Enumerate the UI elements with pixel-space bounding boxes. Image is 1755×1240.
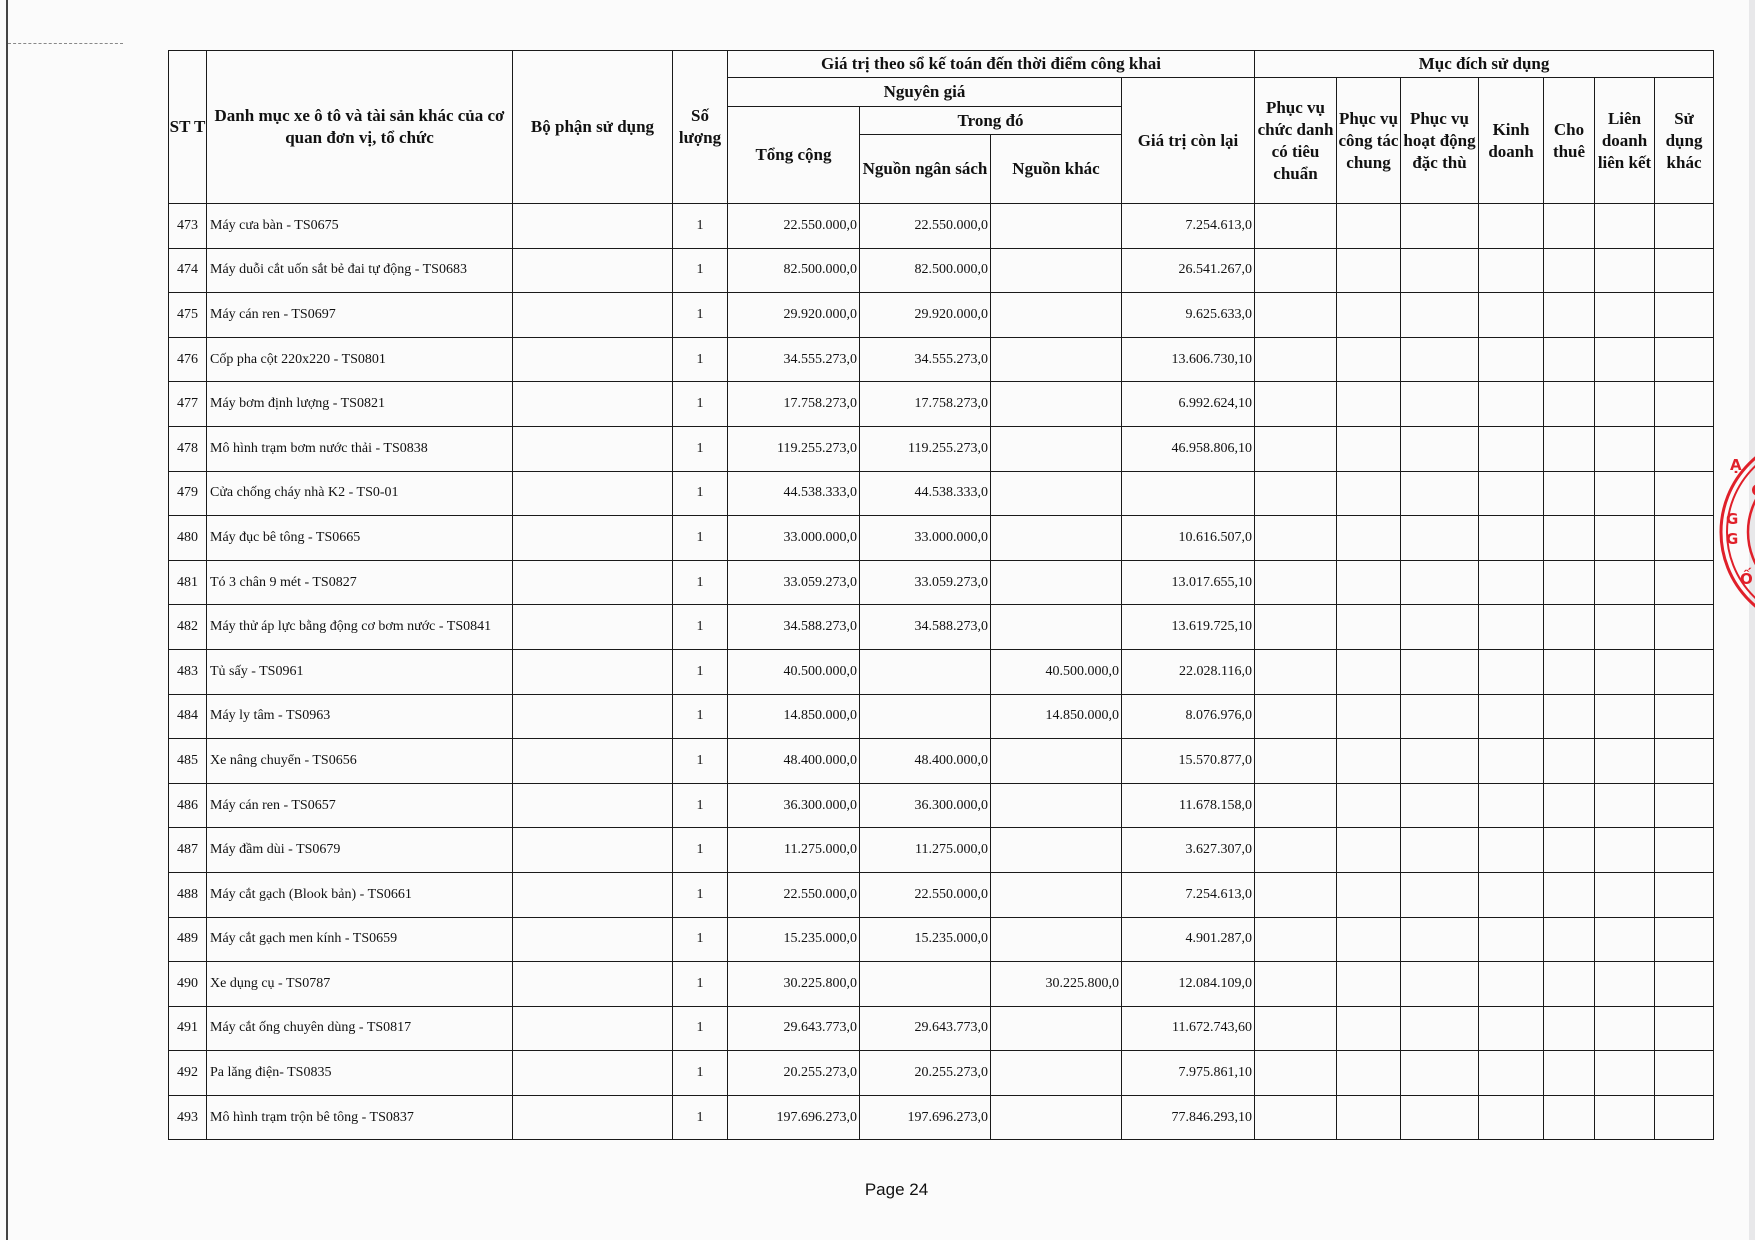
- row-department: [513, 426, 673, 471]
- row-purpose-cell: [1595, 516, 1655, 561]
- row-asset-name: Xe dụng cụ - TS0787: [207, 962, 513, 1007]
- row-purpose-cell: [1337, 1095, 1401, 1140]
- row-purpose-cell: [1337, 560, 1401, 605]
- row-purpose-cell: [1479, 560, 1544, 605]
- row-department: [513, 828, 673, 873]
- row-asset-name: Cốp pha cột 220x220 - TS0801: [207, 337, 513, 382]
- row-purpose-cell: [1595, 605, 1655, 650]
- header-stt: ST T: [169, 51, 207, 204]
- row-department: [513, 516, 673, 561]
- row-remaining-value: 15.570.877,0: [1122, 739, 1255, 784]
- row-asset-name: Xe nâng chuyển - TS0656: [207, 739, 513, 784]
- row-stt: 475: [169, 293, 207, 338]
- header-asset-name: Danh mục xe ô tô và tài sản khác của cơ …: [207, 51, 513, 204]
- row-purpose-cell: [1595, 1051, 1655, 1096]
- row-stt: 480: [169, 516, 207, 561]
- row-total: 30.225.800,0: [728, 962, 860, 1007]
- row-asset-name: Máy đầm dùi - TS0679: [207, 828, 513, 873]
- row-purpose-cell: [1479, 426, 1544, 471]
- row-purpose-cell: [1255, 293, 1337, 338]
- row-other-source: [991, 471, 1122, 516]
- row-remaining-value: 46.958.806,10: [1122, 426, 1255, 471]
- row-purpose-cell: [1544, 204, 1595, 249]
- row-budget-source: 17.758.273,0: [860, 382, 991, 427]
- row-department: [513, 471, 673, 516]
- row-purpose-cell: [1595, 1095, 1655, 1140]
- row-purpose-cell: [1255, 471, 1337, 516]
- row-other-source: [991, 1006, 1122, 1051]
- row-purpose-cell: [1337, 516, 1401, 561]
- row-purpose-cell: [1595, 560, 1655, 605]
- row-purpose-cell: [1479, 293, 1544, 338]
- row-budget-source: 15.235.000,0: [860, 917, 991, 962]
- row-purpose-cell: [1595, 739, 1655, 784]
- row-total: 29.643.773,0: [728, 1006, 860, 1051]
- row-total: 29.920.000,0: [728, 293, 860, 338]
- row-quantity: 1: [673, 694, 728, 739]
- row-purpose-cell: [1595, 471, 1655, 516]
- row-department: [513, 1051, 673, 1096]
- row-purpose-cell: [1544, 917, 1595, 962]
- row-purpose-cell: [1655, 560, 1714, 605]
- row-purpose-cell: [1337, 293, 1401, 338]
- row-budget-source: 48.400.000,0: [860, 739, 991, 784]
- row-purpose-cell: [1401, 1006, 1479, 1051]
- row-quantity: 1: [673, 872, 728, 917]
- row-purpose-cell: [1655, 248, 1714, 293]
- row-purpose-cell: [1401, 337, 1479, 382]
- row-purpose-cell: [1255, 872, 1337, 917]
- row-purpose-cell: [1544, 1006, 1595, 1051]
- row-quantity: 1: [673, 605, 728, 650]
- row-purpose-cell: [1337, 783, 1401, 828]
- row-asset-name: Máy bơm định lượng - TS0821: [207, 382, 513, 427]
- row-purpose-cell: [1479, 204, 1544, 249]
- row-purpose-cell: [1255, 204, 1337, 249]
- row-purpose-cell: [1655, 293, 1714, 338]
- row-asset-name: Máy cắt gạch (Blook bản) - TS0661: [207, 872, 513, 917]
- row-remaining-value: 10.616.507,0: [1122, 516, 1255, 561]
- table-row: 491Máy cắt ống chuyên dùng - TS0817129.6…: [169, 1006, 1714, 1051]
- row-asset-name: Mô hình trạm trộn bê tông - TS0837: [207, 1095, 513, 1140]
- row-quantity: 1: [673, 649, 728, 694]
- row-purpose-cell: [1479, 649, 1544, 694]
- row-asset-name: Pa lăng điện- TS0835: [207, 1051, 513, 1096]
- row-purpose-cell: [1337, 917, 1401, 962]
- row-asset-name: Tó 3 chân 9 mét - TS0827: [207, 560, 513, 605]
- row-purpose-cell: [1544, 248, 1595, 293]
- row-purpose-cell: [1479, 471, 1544, 516]
- row-purpose-cell: [1255, 1051, 1337, 1096]
- row-purpose-cell: [1401, 560, 1479, 605]
- row-purpose-cell: [1401, 605, 1479, 650]
- table-row: 485Xe nâng chuyển - TS0656148.400.000,04…: [169, 739, 1714, 784]
- row-purpose-cell: [1544, 739, 1595, 784]
- row-quantity: 1: [673, 783, 728, 828]
- table-row: 475Máy cán ren - TS0697129.920.000,029.9…: [169, 293, 1714, 338]
- row-purpose-cell: [1544, 426, 1595, 471]
- row-other-source: [991, 204, 1122, 249]
- row-purpose-cell: [1595, 293, 1655, 338]
- row-purpose-cell: [1479, 872, 1544, 917]
- row-other-source: [991, 516, 1122, 561]
- row-purpose-cell: [1479, 917, 1544, 962]
- row-quantity: 1: [673, 739, 728, 784]
- row-purpose-cell: [1337, 649, 1401, 694]
- row-quantity: 1: [673, 426, 728, 471]
- row-stt: 492: [169, 1051, 207, 1096]
- row-stt: 473: [169, 204, 207, 249]
- row-purpose-cell: [1337, 426, 1401, 471]
- asset-table: ST T Danh mục xe ô tô và tài sản khác củ…: [168, 50, 1714, 1140]
- stamp-letter: Ạ: [1730, 456, 1742, 474]
- header-purpose-specific-activity: Phục vụ hoạt động đặc thù: [1401, 78, 1479, 204]
- row-purpose-cell: [1479, 739, 1544, 784]
- row-other-source: [991, 828, 1122, 873]
- table-row: 484Máy ly tâm - TS0963114.850.000,014.85…: [169, 694, 1714, 739]
- row-department: [513, 248, 673, 293]
- row-purpose-cell: [1655, 1006, 1714, 1051]
- row-purpose-cell: [1595, 426, 1655, 471]
- row-purpose-cell: [1595, 248, 1655, 293]
- row-purpose-cell: [1479, 382, 1544, 427]
- row-quantity: 1: [673, 1051, 728, 1096]
- header-purpose-group: Mục đích sử dụng: [1255, 51, 1714, 78]
- row-remaining-value: 7.254.613,0: [1122, 204, 1255, 249]
- row-purpose-cell: [1595, 649, 1655, 694]
- row-quantity: 1: [673, 1095, 728, 1140]
- row-purpose-cell: [1655, 382, 1714, 427]
- row-purpose-cell: [1401, 872, 1479, 917]
- row-purpose-cell: [1255, 783, 1337, 828]
- row-total: 33.000.000,0: [728, 516, 860, 561]
- row-budget-source: 22.550.000,0: [860, 872, 991, 917]
- row-purpose-cell: [1255, 382, 1337, 427]
- row-purpose-cell: [1595, 694, 1655, 739]
- row-purpose-cell: [1401, 739, 1479, 784]
- row-purpose-cell: [1479, 248, 1544, 293]
- row-asset-name: Tủ sấy - TS0961: [207, 649, 513, 694]
- row-total: 34.588.273,0: [728, 605, 860, 650]
- row-purpose-cell: [1255, 1006, 1337, 1051]
- table-row: 480Máy đục bê tông - TS0665133.000.000,0…: [169, 516, 1714, 561]
- table-row: 489Máy cắt gạch men kính - TS0659115.235…: [169, 917, 1714, 962]
- header-original-price: Nguyên giá: [728, 78, 1122, 107]
- row-total: 44.538.333,0: [728, 471, 860, 516]
- row-purpose-cell: [1337, 872, 1401, 917]
- row-stt: 474: [169, 248, 207, 293]
- row-asset-name: Máy đục bê tông - TS0665: [207, 516, 513, 561]
- row-purpose-cell: [1544, 1095, 1595, 1140]
- row-budget-source: 29.920.000,0: [860, 293, 991, 338]
- row-total: 33.059.273,0: [728, 560, 860, 605]
- row-remaining-value: 9.625.633,0: [1122, 293, 1255, 338]
- row-other-source: [991, 426, 1122, 471]
- row-purpose-cell: [1479, 516, 1544, 561]
- row-department: [513, 872, 673, 917]
- row-purpose-cell: [1655, 516, 1714, 561]
- row-quantity: 1: [673, 560, 728, 605]
- row-stt: 493: [169, 1095, 207, 1140]
- row-other-source: 14.850.000,0: [991, 694, 1122, 739]
- row-total: 36.300.000,0: [728, 783, 860, 828]
- row-remaining-value: 13.619.725,10: [1122, 605, 1255, 650]
- row-other-source: [991, 872, 1122, 917]
- row-purpose-cell: [1337, 204, 1401, 249]
- row-purpose-cell: [1655, 605, 1714, 650]
- header-purpose-other: Sử dụng khác: [1655, 78, 1714, 204]
- table-row: 474Máy duỗi cắt uốn sắt bẻ đai tự động -…: [169, 248, 1714, 293]
- row-other-source: [991, 1095, 1122, 1140]
- row-purpose-cell: [1479, 1006, 1544, 1051]
- row-budget-source: 34.588.273,0: [860, 605, 991, 650]
- row-quantity: 1: [673, 337, 728, 382]
- row-other-source: [991, 605, 1122, 650]
- row-department: [513, 694, 673, 739]
- row-stt: 490: [169, 962, 207, 1007]
- row-purpose-cell: [1595, 917, 1655, 962]
- row-total: 34.555.273,0: [728, 337, 860, 382]
- row-remaining-value: 22.028.116,0: [1122, 649, 1255, 694]
- row-purpose-cell: [1255, 605, 1337, 650]
- row-purpose-cell: [1655, 1095, 1714, 1140]
- row-department: [513, 382, 673, 427]
- row-purpose-cell: [1401, 694, 1479, 739]
- row-purpose-cell: [1595, 1006, 1655, 1051]
- row-other-source: 40.500.000,0: [991, 649, 1122, 694]
- row-purpose-cell: [1337, 694, 1401, 739]
- row-purpose-cell: [1401, 516, 1479, 561]
- row-purpose-cell: [1595, 204, 1655, 249]
- row-purpose-cell: [1544, 605, 1595, 650]
- row-department: [513, 293, 673, 338]
- row-purpose-cell: [1255, 649, 1337, 694]
- row-total: 11.275.000,0: [728, 828, 860, 873]
- row-asset-name: Máy cán ren - TS0657: [207, 783, 513, 828]
- row-stt: 483: [169, 649, 207, 694]
- row-purpose-cell: [1595, 337, 1655, 382]
- row-purpose-cell: [1544, 828, 1595, 873]
- row-purpose-cell: [1337, 962, 1401, 1007]
- row-purpose-cell: [1401, 471, 1479, 516]
- header-of-which: Trong đó: [860, 107, 1122, 135]
- stamp-letter: G: [1726, 530, 1738, 548]
- row-purpose-cell: [1479, 962, 1544, 1007]
- row-purpose-cell: [1655, 649, 1714, 694]
- row-stt: 488: [169, 872, 207, 917]
- row-remaining-value: 7.254.613,0: [1122, 872, 1255, 917]
- row-purpose-cell: [1401, 962, 1479, 1007]
- row-purpose-cell: [1479, 1051, 1544, 1096]
- table-row: 481Tó 3 chân 9 mét - TS0827133.059.273,0…: [169, 560, 1714, 605]
- row-purpose-cell: [1655, 1051, 1714, 1096]
- row-purpose-cell: [1544, 694, 1595, 739]
- row-purpose-cell: [1479, 1095, 1544, 1140]
- row-purpose-cell: [1401, 1095, 1479, 1140]
- row-budget-source: 119.255.273,0: [860, 426, 991, 471]
- scan-page-edge-right: [1749, 0, 1755, 1240]
- row-stt: 477: [169, 382, 207, 427]
- table-row: 482Máy thử áp lực bằng động cơ bơm nước …: [169, 605, 1714, 650]
- table-row: 476Cốp pha cột 220x220 - TS0801134.555.2…: [169, 337, 1714, 382]
- row-purpose-cell: [1401, 426, 1479, 471]
- row-remaining-value: 12.084.109,0: [1122, 962, 1255, 1007]
- row-other-source: [991, 337, 1122, 382]
- header-quantity: Số lượng: [673, 51, 728, 204]
- row-quantity: 1: [673, 828, 728, 873]
- row-purpose-cell: [1255, 917, 1337, 962]
- row-remaining-value: 8.076.976,0: [1122, 694, 1255, 739]
- row-total: 48.400.000,0: [728, 739, 860, 784]
- row-remaining-value: [1122, 471, 1255, 516]
- scan-artifact-mark: [8, 43, 123, 45]
- row-quantity: 1: [673, 516, 728, 561]
- row-remaining-value: 77.846.293,10: [1122, 1095, 1255, 1140]
- row-department: [513, 739, 673, 784]
- row-department: [513, 962, 673, 1007]
- row-asset-name: Máy thử áp lực bằng động cơ bơm nước - T…: [207, 605, 513, 650]
- row-other-source: [991, 1051, 1122, 1096]
- row-quantity: 1: [673, 293, 728, 338]
- row-purpose-cell: [1255, 426, 1337, 471]
- row-purpose-cell: [1255, 248, 1337, 293]
- row-purpose-cell: [1401, 917, 1479, 962]
- row-other-source: [991, 783, 1122, 828]
- row-total: 82.500.000,0: [728, 248, 860, 293]
- row-other-source: [991, 560, 1122, 605]
- row-stt: 481: [169, 560, 207, 605]
- row-purpose-cell: [1401, 1051, 1479, 1096]
- row-budget-source: 29.643.773,0: [860, 1006, 991, 1051]
- table-row: 490Xe dụng cụ - TS0787130.225.800,030.22…: [169, 962, 1714, 1007]
- row-department: [513, 783, 673, 828]
- table-row: 479Cửa chống cháy nhà K2 - TS0-01144.538…: [169, 471, 1714, 516]
- row-remaining-value: 3.627.307,0: [1122, 828, 1255, 873]
- row-purpose-cell: [1655, 204, 1714, 249]
- row-budget-source: 34.555.273,0: [860, 337, 991, 382]
- table-body: 473Máy cưa bàn - TS0675122.550.000,022.5…: [169, 204, 1714, 1140]
- row-purpose-cell: [1401, 828, 1479, 873]
- row-purpose-cell: [1255, 560, 1337, 605]
- header-purpose-general-work: Phục vụ công tác chung: [1337, 78, 1401, 204]
- row-purpose-cell: [1655, 783, 1714, 828]
- table-row: 477Máy bơm định lượng - TS0821117.758.27…: [169, 382, 1714, 427]
- row-department: [513, 560, 673, 605]
- row-asset-name: Cửa chống cháy nhà K2 - TS0-01: [207, 471, 513, 516]
- row-purpose-cell: [1655, 962, 1714, 1007]
- row-stt: 479: [169, 471, 207, 516]
- row-purpose-cell: [1595, 783, 1655, 828]
- row-remaining-value: 13.606.730,10: [1122, 337, 1255, 382]
- row-purpose-cell: [1255, 516, 1337, 561]
- row-purpose-cell: [1401, 248, 1479, 293]
- row-asset-name: Máy duỗi cắt uốn sắt bẻ đai tự động - TS…: [207, 248, 513, 293]
- row-remaining-value: 26.541.267,0: [1122, 248, 1255, 293]
- row-purpose-cell: [1544, 382, 1595, 427]
- row-other-source: [991, 917, 1122, 962]
- row-quantity: 1: [673, 204, 728, 249]
- row-purpose-cell: [1595, 962, 1655, 1007]
- row-budget-source: 36.300.000,0: [860, 783, 991, 828]
- row-other-source: [991, 248, 1122, 293]
- row-department: [513, 1006, 673, 1051]
- row-purpose-cell: [1595, 872, 1655, 917]
- row-stt: 491: [169, 1006, 207, 1051]
- row-department: [513, 1095, 673, 1140]
- row-budget-source: 33.059.273,0: [860, 560, 991, 605]
- row-remaining-value: 11.672.743,60: [1122, 1006, 1255, 1051]
- row-purpose-cell: [1401, 293, 1479, 338]
- row-asset-name: Máy ly tâm - TS0963: [207, 694, 513, 739]
- row-purpose-cell: [1544, 293, 1595, 338]
- row-purpose-cell: [1655, 828, 1714, 873]
- row-asset-name: Máy cưa bàn - TS0675: [207, 204, 513, 249]
- row-purpose-cell: [1255, 694, 1337, 739]
- row-purpose-cell: [1544, 649, 1595, 694]
- row-purpose-cell: [1479, 783, 1544, 828]
- row-total: 15.235.000,0: [728, 917, 860, 962]
- row-stt: 489: [169, 917, 207, 962]
- table-row: 493Mô hình trạm trộn bê tông - TS0837119…: [169, 1095, 1714, 1140]
- row-purpose-cell: [1655, 471, 1714, 516]
- row-quantity: 1: [673, 382, 728, 427]
- header-purpose-standard-title: Phục vụ chức danh có tiêu chuẩn: [1255, 78, 1337, 204]
- row-remaining-value: 4.901.287,0: [1122, 917, 1255, 962]
- row-stt: 487: [169, 828, 207, 873]
- row-department: [513, 605, 673, 650]
- row-purpose-cell: [1337, 828, 1401, 873]
- row-purpose-cell: [1255, 739, 1337, 784]
- scan-page-edge: [6, 0, 8, 1240]
- row-remaining-value: 11.678.158,0: [1122, 783, 1255, 828]
- row-purpose-cell: [1544, 962, 1595, 1007]
- row-total: 14.850.000,0: [728, 694, 860, 739]
- header-purpose-joint-venture: Liên doanh liên kết: [1595, 78, 1655, 204]
- row-purpose-cell: [1337, 605, 1401, 650]
- row-purpose-cell: [1479, 828, 1544, 873]
- row-purpose-cell: [1655, 426, 1714, 471]
- row-purpose-cell: [1655, 694, 1714, 739]
- row-budget-source: 20.255.273,0: [860, 1051, 991, 1096]
- row-purpose-cell: [1401, 649, 1479, 694]
- header-purpose-rental: Cho thuê: [1544, 78, 1595, 204]
- stamp-letter: G: [1726, 510, 1738, 528]
- row-total: 22.550.000,0: [728, 204, 860, 249]
- row-remaining-value: 13.017.655,10: [1122, 560, 1255, 605]
- row-stt: 485: [169, 739, 207, 784]
- header-total: Tổng cộng: [728, 107, 860, 204]
- row-purpose-cell: [1337, 1051, 1401, 1096]
- row-purpose-cell: [1255, 1095, 1337, 1140]
- row-budget-source: 33.000.000,0: [860, 516, 991, 561]
- row-stt: 482: [169, 605, 207, 650]
- row-remaining-value: 7.975.861,10: [1122, 1051, 1255, 1096]
- row-budget-source: 197.696.273,0: [860, 1095, 991, 1140]
- row-purpose-cell: [1655, 917, 1714, 962]
- row-other-source: [991, 739, 1122, 784]
- table-row: 486Máy cán ren - TS0657136.300.000,036.3…: [169, 783, 1714, 828]
- table-row: 483Tủ sấy - TS0961140.500.000,040.500.00…: [169, 649, 1714, 694]
- row-purpose-cell: [1544, 872, 1595, 917]
- row-purpose-cell: [1595, 382, 1655, 427]
- table-row: 473Máy cưa bàn - TS0675122.550.000,022.5…: [169, 204, 1714, 249]
- row-remaining-value: 6.992.624,10: [1122, 382, 1255, 427]
- row-budget-source: 22.550.000,0: [860, 204, 991, 249]
- row-purpose-cell: [1255, 337, 1337, 382]
- row-purpose-cell: [1479, 337, 1544, 382]
- row-other-source: 30.225.800,0: [991, 962, 1122, 1007]
- row-purpose-cell: [1337, 739, 1401, 784]
